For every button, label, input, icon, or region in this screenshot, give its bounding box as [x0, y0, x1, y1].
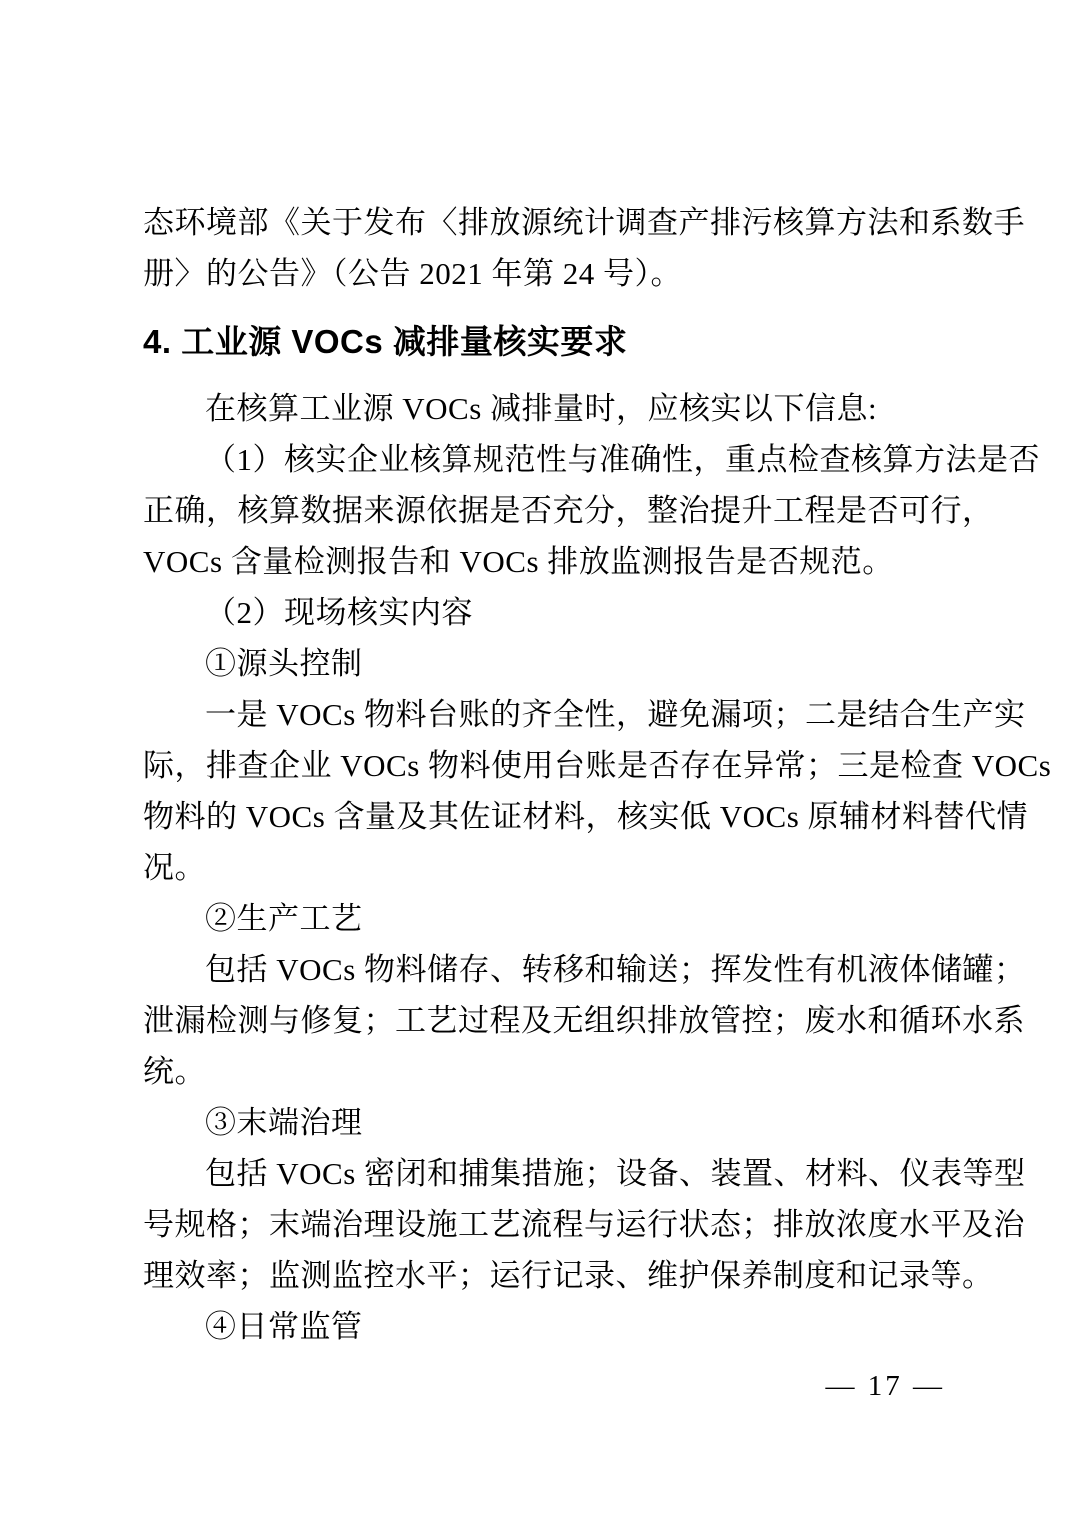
page-number: — 17 —	[143, 1370, 953, 1402]
list-item-source-control: ①源头控制	[143, 638, 953, 689]
page-content: 态环境部《关于发布〈排放源统计调查产排污核算方法和系数手 册〉的公告》（公告 2…	[143, 197, 953, 1402]
list-item-daily-supervision: ④日常监管	[143, 1301, 953, 1352]
text-line: 号规格；末端治理设施工艺流程与运行状态；排放浓度水平及治	[143, 1199, 953, 1250]
text-line: （1）核实企业核算规范性与准确性，重点检查核算方法是否	[143, 434, 953, 485]
text-line: 一是 VOCs 物料台账的齐全性，避免漏项；二是结合生产实	[143, 689, 953, 740]
text-line: 理效率；监测监控水平；运行记录、维护保养制度和记录等。	[143, 1250, 953, 1301]
text-line: （2）现场核实内容	[143, 587, 953, 638]
text-line: 态环境部《关于发布〈排放源统计调查产排污核算方法和系数手	[143, 197, 953, 248]
section-heading: 4. 工业源 VOCs 减排量核实要求	[143, 313, 953, 371]
text-line: 统。	[143, 1046, 953, 1097]
text-line: 在核算工业源 VOCs 减排量时，应核实以下信息:	[143, 383, 953, 434]
text-line: 册〉的公告》（公告 2021 年第 24 号）。	[143, 248, 953, 299]
text-line: 际，排查企业 VOCs 物料使用台账是否存在异常；三是检查 VOCs	[143, 740, 953, 791]
text-line: 正确，核算数据来源依据是否充分，整治提升工程是否可行，	[143, 485, 953, 536]
text-line: 泄漏检测与修复；工艺过程及无组织排放管控；废水和循环水系	[143, 995, 953, 1046]
list-item-production-process: ②生产工艺	[143, 893, 953, 944]
text-line: 物料的 VOCs 含量及其佐证材料，核实低 VOCs 原辅材料替代情	[143, 791, 953, 842]
text-line: 包括 VOCs 密闭和捕集措施；设备、装置、材料、仪表等型	[143, 1148, 953, 1199]
list-item-end-treatment: ③末端治理	[143, 1097, 953, 1148]
text-line: 况。	[143, 842, 953, 893]
document-page: 态环境部《关于发布〈排放源统计调查产排污核算方法和系数手 册〉的公告》（公告 2…	[0, 0, 1080, 1527]
text-line: 包括 VOCs 物料储存、转移和输送；挥发性有机液体储罐；	[143, 944, 953, 995]
text-line: VOCs 含量检测报告和 VOCs 排放监测报告是否规范。	[143, 536, 953, 587]
